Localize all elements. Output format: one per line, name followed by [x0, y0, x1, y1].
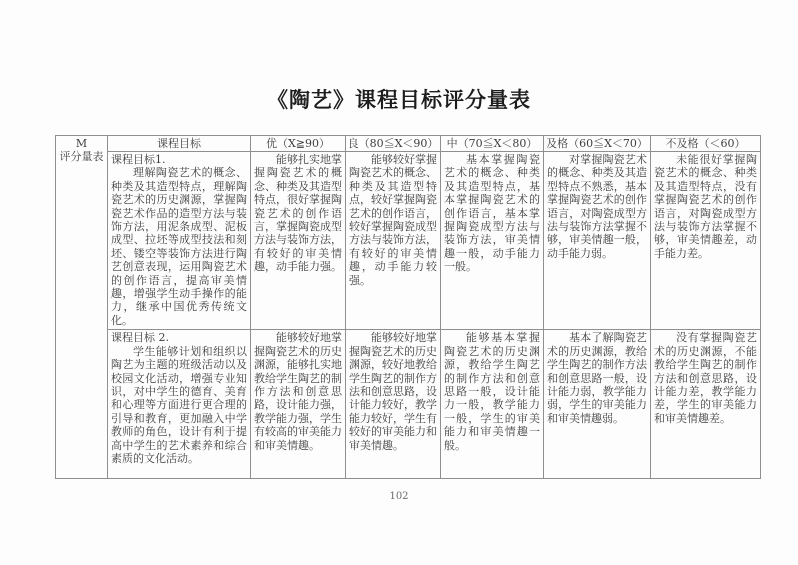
table-header-row: M 评分量表 课程目标 优（X≧90） 良（80≦X＜90） 中（70≦X＜80… [56, 136, 761, 152]
objective-2-fail-cell: 没有掌握陶瓷艺术的历史渊源，不能教给学生陶艺的制作方法和创意思路，设计能力差，教… [651, 330, 761, 479]
document-page: 《陶艺》课程目标评分量表 M 评分量表 课程目标 优（X≧90） 良（80≦X＜… [0, 0, 798, 565]
scale-label-line2: 评分量表 [59, 150, 104, 163]
col-header-fail: 不及格（＜60） [651, 136, 761, 152]
table-row: 课程目标 2. 学生能够计划和组织以陶艺为主题的班级活动以及校园文化活动，增强专… [56, 330, 761, 479]
col-header-objective: 课程目标 [108, 136, 251, 152]
col-header-excellent: 优（X≧90） [251, 136, 346, 152]
page-title: 《陶艺》课程目标评分量表 [0, 84, 798, 114]
col-header-good: 良（80≦X＜90） [346, 136, 441, 152]
scale-label-line1: M [59, 137, 104, 150]
table-row: 课程目标1. 理解陶瓷艺术的概念、种类及其造型特点，理解陶瓷艺术的历史渊源，掌握… [56, 152, 761, 330]
page-number: 102 [0, 491, 798, 502]
objective-1-fail-text: 未能很好掌握陶瓷艺术的概念、种类及其造型特点，没有掌握陶瓷艺术的创作语言，对陶瓷… [654, 153, 757, 260]
objective-1-pass-text: 对掌握陶瓷艺术的概念、种类及其造型特点不熟悉，基本掌握陶瓷艺术的创作语言，对陶瓷… [547, 153, 647, 260]
objective-2-medium-text: 能够基本掌握陶瓷艺术的历史渊源，教给学生陶艺的制作方法和创意思路一般，设计能力一… [444, 331, 540, 452]
objective-2-medium-cell: 能够基本掌握陶瓷艺术的历史渊源，教给学生陶艺的制作方法和创意思路一般，设计能力一… [441, 330, 544, 479]
objective-2-pass-text: 基本了解陶瓷艺术的历史渊源，教给学生陶艺的制作方法和创意思路一般，设计能力弱，教… [547, 331, 647, 425]
objective-2-pass-cell: 基本了解陶瓷艺术的历史渊源，教给学生陶艺的制作方法和创意思路一般，设计能力弱，教… [544, 330, 651, 479]
objective-1-title: 课程目标1. [111, 153, 247, 166]
objective-1-medium-text: 基本掌握陶瓷艺术的概念、种类及其造型特点，基本掌握陶瓷艺术的创作语言，基本掌握陶… [444, 153, 540, 274]
objective-1-excellent-cell: 能够扎实地掌握陶瓷艺术的概念、种类及其造型特点，很好掌握陶瓷艺术的创作语言，掌握… [251, 152, 346, 330]
col-header-pass: 及格（60≦X＜70） [544, 136, 651, 152]
objective-2-good-text: 能够较好地掌握陶瓷艺术的历史渊源，较好地教给学生陶艺的制作方法和创意思路，设计能… [349, 331, 437, 452]
objective-2-good-cell: 能够较好地掌握陶瓷艺术的历史渊源，较好地教给学生陶艺的制作方法和创意思路，设计能… [346, 330, 441, 479]
objective-1-cell: 课程目标1. 理解陶瓷艺术的概念、种类及其造型特点，理解陶瓷艺术的历史渊源，掌握… [108, 152, 251, 330]
col-header-medium: 中（70≦X＜80） [441, 136, 544, 152]
objective-2-fail-text: 没有掌握陶瓷艺术的历史渊源，不能教给学生陶艺的制作方法和创意思路，设计能力差，教… [654, 331, 757, 425]
objective-2-excellent-text: 能够较好地掌握陶瓷艺术的历史渊源，能够扎实地教给学生陶艺的制作方法和创意思路，设… [254, 331, 342, 452]
scale-label-cell: M 评分量表 [56, 136, 108, 479]
objective-1-fail-cell: 未能很好掌握陶瓷艺术的概念、种类及其造型特点，没有掌握陶瓷艺术的创作语言，对陶瓷… [651, 152, 761, 330]
objective-1-pass-cell: 对掌握陶瓷艺术的概念、种类及其造型特点不熟悉，基本掌握陶瓷艺术的创作语言，对陶瓷… [544, 152, 651, 330]
objective-1-excellent-text: 能够扎实地掌握陶瓷艺术的概念、种类及其造型特点，很好掌握陶瓷艺术的创作语言，掌握… [254, 153, 342, 274]
objective-2-excellent-cell: 能够较好地掌握陶瓷艺术的历史渊源，能够扎实地教给学生陶艺的制作方法和创意思路，设… [251, 330, 346, 479]
objective-2-body: 学生能够计划和组织以陶艺为主题的班级活动以及校园文化活动，增强专业知识，对中学生… [111, 345, 247, 466]
objective-1-good-text: 能够较好掌握陶瓷艺术的概念、种类及其造型特点，较好掌握陶瓷艺术的创作语言，较好掌… [349, 153, 437, 287]
rubric-table: M 评分量表 课程目标 优（X≧90） 良（80≦X＜90） 中（70≦X＜80… [55, 135, 761, 479]
objective-2-cell: 课程目标 2. 学生能够计划和组织以陶艺为主题的班级活动以及校园文化活动，增强专… [108, 330, 251, 479]
objective-1-good-cell: 能够较好掌握陶瓷艺术的概念、种类及其造型特点，较好掌握陶瓷艺术的创作语言，较好掌… [346, 152, 441, 330]
objective-1-body: 理解陶瓷艺术的概念、种类及其造型特点，理解陶瓷艺术的历史渊源，掌握陶瓷艺术作品的… [111, 166, 247, 327]
objective-1-medium-cell: 基本掌握陶瓷艺术的概念、种类及其造型特点，基本掌握陶瓷艺术的创作语言，基本掌握陶… [441, 152, 544, 330]
objective-2-title: 课程目标 2. [111, 331, 247, 344]
